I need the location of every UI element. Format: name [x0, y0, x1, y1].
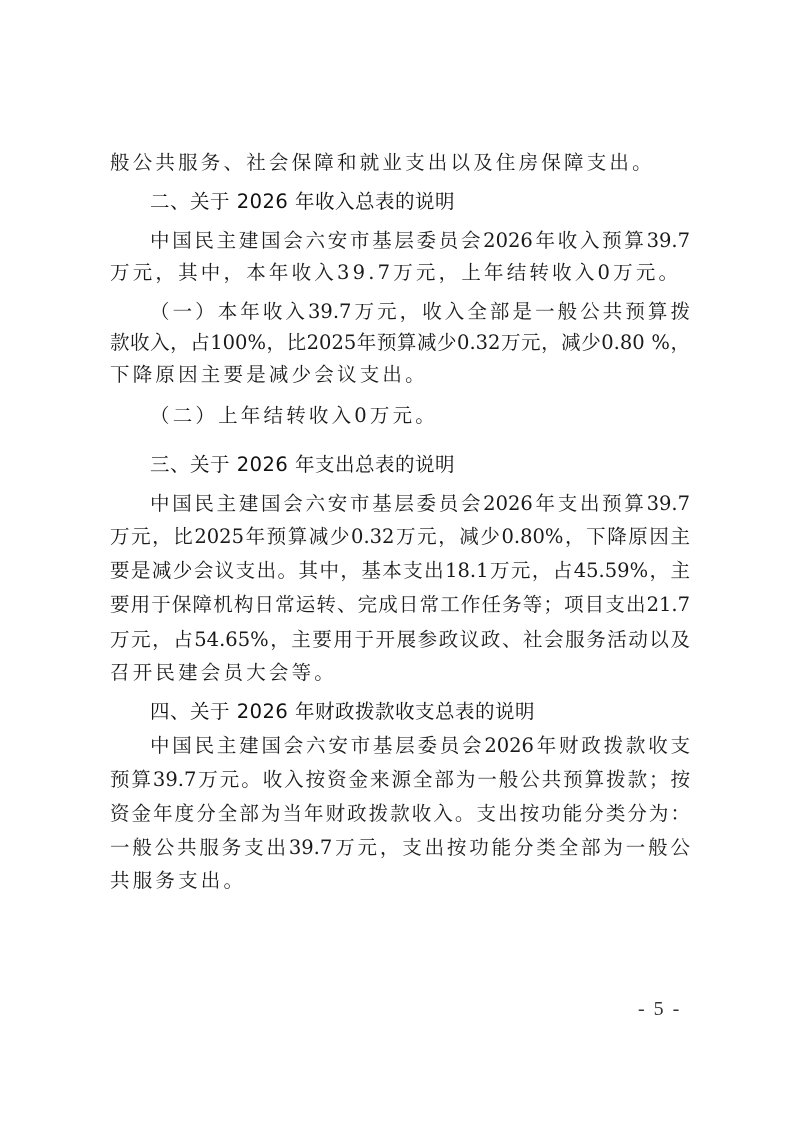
paragraph-line: 资金年度分全部为当年财政拨款收入。支出按功能分类分为： [110, 799, 690, 829]
paragraph-line: 要用于保障机构日常运转、完成日常工作任务等；项目支出21.7 [110, 590, 690, 620]
page-number: - 5 - [638, 998, 681, 1021]
paragraph-line: 召开民建会员大会等。 [110, 658, 690, 688]
document-page: 般公共服务、社会保障和就业支出以及住房保障支出。 二、关于 2026 年收入总表… [0, 0, 793, 1122]
paragraph-line: 一般公共服务支出39.7万元，支出按功能分类全部为一般公 [110, 833, 690, 863]
paragraph-line: 万元，比2025年预算减少0.32万元，减少0.80%，下降原因主 [110, 522, 690, 552]
paragraph-line: 共服务支出。 [110, 866, 690, 896]
section-heading-income: 二、关于 2026 年收入总表的说明 [150, 187, 730, 217]
paragraph-line: 下降原因主要是减少会议支出。 [110, 360, 690, 390]
paragraph-line: 般公共服务、社会保障和就业支出以及住房保障支出。 [110, 148, 690, 178]
section-heading-expenditure: 三、关于 2026 年支出总表的说明 [150, 450, 730, 480]
section-heading-fiscal-appropriation: 四、关于 2026 年财政拨款收支总表的说明 [150, 697, 730, 727]
paragraph-line: 预算39.7万元。收入按资金来源全部为一般公共预算拨款；按 [110, 765, 690, 795]
paragraph-line: 中国民主建国会六安市基层委员会2026年财政拨款收支 [150, 731, 690, 761]
paragraph-line: （二）上年结转收入0万元。 [150, 401, 730, 431]
paragraph-line: 要是减少会议支出。其中，基本支出18.1万元，占45.59%，主 [110, 556, 690, 586]
paragraph-line: 万元，其中，本年收入39.7万元，上年结转收入0万元。 [110, 258, 690, 288]
paragraph-line: （一）本年收入39.7万元，收入全部是一般公共预算拨 [150, 297, 690, 327]
paragraph-line: 万元，占54.65%，主要用于开展参政议政、社会服务活动以及 [110, 625, 690, 655]
paragraph-line: 款收入，占100%，比2025年预算减少0.32万元，减少0.80 %， [110, 328, 690, 358]
paragraph-line: 中国民主建国会六安市基层委员会2026年收入预算39.7 [150, 226, 690, 256]
paragraph-line: 中国民主建国会六安市基层委员会2026年支出预算39.7 [150, 489, 690, 519]
